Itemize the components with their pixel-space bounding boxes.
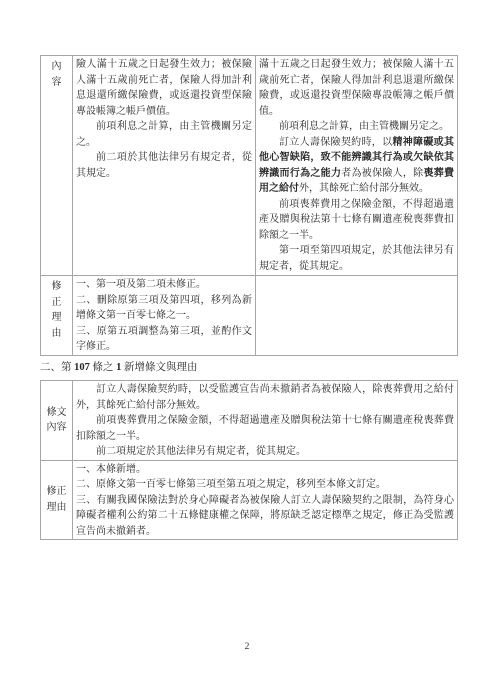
text-run: 滿十五歲之日起發生效力；被保險人滿十五歲前死亡者，保險人得加計利息退還所繳保險費… xyxy=(259,59,454,117)
amended-text-cell: 險人滿十五歲之日起發生效力；被保險人滿十五歲前死亡者，保險人得加計利息退還所繳保… xyxy=(73,56,256,276)
article-text-cell: 訂立人壽保險契約時，以受監護宣告尚未撤銷者為被保險人，除喪葬費用之給付外，其餘死… xyxy=(73,381,458,461)
text-run: 條之 xyxy=(90,362,116,373)
label-line: 內 xyxy=(44,59,69,75)
text-run: 三、有關我國保險法對於身心障礙者為被保險人訂立人壽保險契約之限制，為符身心障礙者… xyxy=(76,495,454,537)
paragraph: 前項利息之計算，由主管機關另定之。 xyxy=(76,119,252,150)
paragraph: 二、第 107 條之 1 新增條文與理由 xyxy=(40,360,198,376)
text-run: 前項喪葬費用之保險金額，不得超過遺產及贈與稅法第十七條有關遺產稅喪葬費扣除額之一… xyxy=(76,415,454,442)
text-run: 三、原第五項調整為第三項，並酌作文字修正。 xyxy=(76,326,252,353)
page-number: 2 xyxy=(0,642,494,652)
article-reason-cell: 一、本條新增。二、原條文第一百零七條第三項至第五項之規定，移列至本條文訂定。三、… xyxy=(73,460,458,540)
text-run: 前二項於其他法律另有規定者，從其規定。 xyxy=(76,152,252,179)
text-run: 107 xyxy=(74,362,90,373)
paragraph: 第一項至第四項規定，於其他法律另有規定者，從其規定。 xyxy=(259,243,454,274)
paragraph: 前項喪葬費用之保險金額，不得超過遺產及贈與稅法第十七條有關遺產稅喪葬費扣除額之一… xyxy=(259,197,454,244)
label-line: 修正 xyxy=(44,484,69,500)
row-label-article-content: 條文內容 xyxy=(41,381,73,461)
label-line: 理由 xyxy=(44,500,69,516)
table-row-reason: 修正理由 一、第一項及第二項未修正。二、刪除原第三項及第四項，移列為新增條文第一… xyxy=(41,276,458,356)
label-line: 修 xyxy=(44,279,69,295)
text-run: 一、第一項及第二項未修正。 xyxy=(76,279,206,290)
table-row-content: 內容 險人滿十五歲之日起發生效力；被保險人滿十五歲前死亡者，保險人得加計利息退還… xyxy=(41,56,458,276)
paragraph: 前項利息之計算，由主管機關另定之。 xyxy=(259,119,454,135)
label-line: 正 xyxy=(44,295,69,311)
paragraph: 一、本條新增。 xyxy=(76,462,454,478)
text-run: 二、原條文第一百零七條第三項至第五項之規定，移列至本條文訂定。 xyxy=(76,479,386,490)
text-run: 新增條文與理由 xyxy=(121,362,197,373)
document-page: 內容 險人滿十五歲之日起發生效力；被保險人滿十五歲前死亡者，保險人得加計利息退還… xyxy=(0,0,494,700)
new-article-107-1-table: 條文內容 訂立人壽保險契約時，以受監護宣告尚未撤銷者為被保險人，除喪葬費用之給付… xyxy=(40,380,458,540)
paragraph: 前二項於其他法律另有規定者，從其規定。 xyxy=(76,150,252,181)
paragraph: 訂立人壽保險契約時，以精神障礙或其他心智缺陷，致不能辨識其行為或欠缺依其辨識而行… xyxy=(259,135,454,197)
table-row-article-content: 條文內容 訂立人壽保險契約時，以受監護宣告尚未撤銷者為被保險人，除喪葬費用之給付… xyxy=(41,381,458,461)
text-run: 者為被保險人，除 xyxy=(341,168,423,179)
paragraph: 前二項規定於其他法律另有規定者，從其規定。 xyxy=(76,444,454,460)
paragraph: 滿十五歲之日起發生效力；被保險人滿十五歲前死亡者，保險人得加計利息退還所繳保險費… xyxy=(259,57,454,119)
reason-text-cell: 一、第一項及第二項未修正。二、刪除原第三項及第四項，移列為新增條文第一百零七條之… xyxy=(73,276,256,356)
row-label-content: 內容 xyxy=(41,56,73,276)
section-heading: 二、第 107 條之 1 新增條文與理由 xyxy=(40,360,198,376)
text-run: 前項利息之計算，由主管機關另定之。 xyxy=(279,121,449,132)
label-line: 理 xyxy=(44,310,69,326)
paragraph: 二、原條文第一百零七條第三項至第五項之規定，移列至本條文訂定。 xyxy=(76,477,454,493)
text-run: 外，其餘死亡給付部分無效。 xyxy=(299,183,429,194)
current-text-cell: 滿十五歲之日起發生效力；被保險人滿十五歲前死亡者，保險人得加計利息退還所繳保險費… xyxy=(256,56,458,276)
text-run: 前項喪葬費用之保險金額，不得超過遺產及贈與稅法第十七條有關遺產稅喪葬費扣除額之一… xyxy=(259,199,454,241)
label-line: 容 xyxy=(44,75,69,91)
paragraph: 三、原第五項調整為第三項，並酌作文字修正。 xyxy=(76,324,252,355)
row-label-article-reason: 修正理由 xyxy=(41,460,73,540)
table-row-article-reason: 修正理由 一、本條新增。二、原條文第一百零七條第三項至第五項之規定，移列至本條文… xyxy=(41,460,458,540)
paragraph: 三、有關我國保險法對於身心障礙者為被保險人訂立人壽保險契約之限制，為符身心障礙者… xyxy=(76,493,454,540)
text-run: 二、刪除原第三項及第四項，移列為新增條文第一百零七條之一。 xyxy=(76,295,252,322)
amendment-table-article-107: 內容 險人滿十五歲之日起發生效力；被保險人滿十五歲前死亡者，保險人得加計利息退還… xyxy=(40,55,458,356)
text-run: 第一項至第四項規定，於其他法律另有規定者，從其規定。 xyxy=(259,245,454,272)
text-run: 前項利息之計算，由主管機關另定之。 xyxy=(76,121,252,148)
text-run: 訂立人壽保險契約時，以受監護宣告尚未撤銷者為被保險人，除喪葬費用之給付外，其餘死… xyxy=(76,384,454,411)
text-run: 一、本條新增。 xyxy=(76,464,146,475)
label-line: 條文 xyxy=(44,405,69,421)
text-run: 訂立人壽保險契約時，以 xyxy=(279,137,392,148)
label-line: 內容 xyxy=(44,420,69,436)
row-label-reason: 修正理由 xyxy=(41,276,73,356)
paragraph: 險人滿十五歲之日起發生效力；被保險人滿十五歲前死亡者，保險人得加計利息退還所繳保… xyxy=(76,57,252,119)
paragraph: 前項喪葬費用之保險金額，不得超過遺產及贈與稅法第十七條有關遺產稅喪葬費扣除額之一… xyxy=(76,413,454,444)
paragraph: 二、刪除原第三項及第四項，移列為新增條文第一百零七條之一。 xyxy=(76,293,252,324)
label-line: 由 xyxy=(44,326,69,342)
empty-cell xyxy=(256,276,458,356)
text-run: 前二項規定於其他法律另有規定者，從其規定。 xyxy=(96,446,306,457)
paragraph: 一、第一項及第二項未修正。 xyxy=(76,277,252,293)
text-run: 險人滿十五歲之日起發生效力；被保險人滿十五歲前死亡者，保險人得加計利息退還所繳保… xyxy=(76,59,252,117)
text-run: 二、第 xyxy=(40,362,74,373)
paragraph: 訂立人壽保險契約時，以受監護宣告尚未撤銷者為被保險人，除喪葬費用之給付外，其餘死… xyxy=(76,382,454,413)
